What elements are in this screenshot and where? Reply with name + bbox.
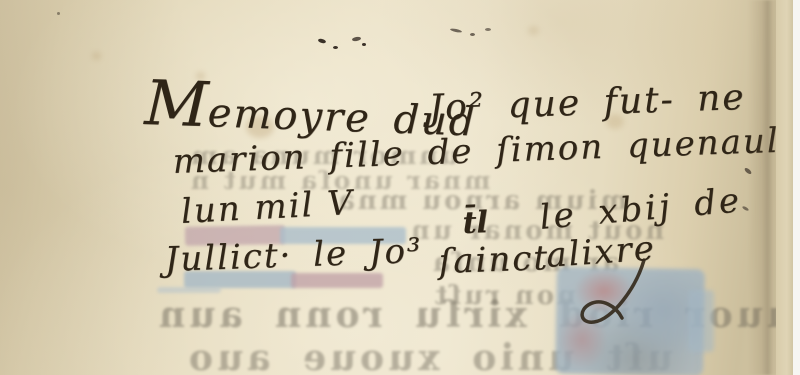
parchment-stain: [92, 52, 101, 60]
ink-speck: [362, 43, 366, 46]
ink-speck: [485, 28, 491, 31]
verso-bleedthrough-decorated-initial: [688, 290, 714, 352]
handwritten-line4-middle: ſainct: [438, 238, 550, 282]
manuscript-photo: unmor muna am mnar unoſa mut n mium arno…: [0, 0, 800, 375]
ink-speck: [333, 46, 338, 49]
page-edge: [776, 0, 794, 375]
ink-speck: [470, 33, 475, 36]
scan-background: [793, 0, 800, 375]
ink-speck: [57, 12, 60, 15]
verso-bleedthrough-band-pink: [291, 273, 383, 288]
parchment-stain: [528, 26, 539, 35]
verso-bleedthrough-band-blue: [157, 287, 221, 293]
handwritten-line3-abbreviation: t̄l: [462, 205, 488, 241]
pen-flourish: [558, 258, 668, 338]
